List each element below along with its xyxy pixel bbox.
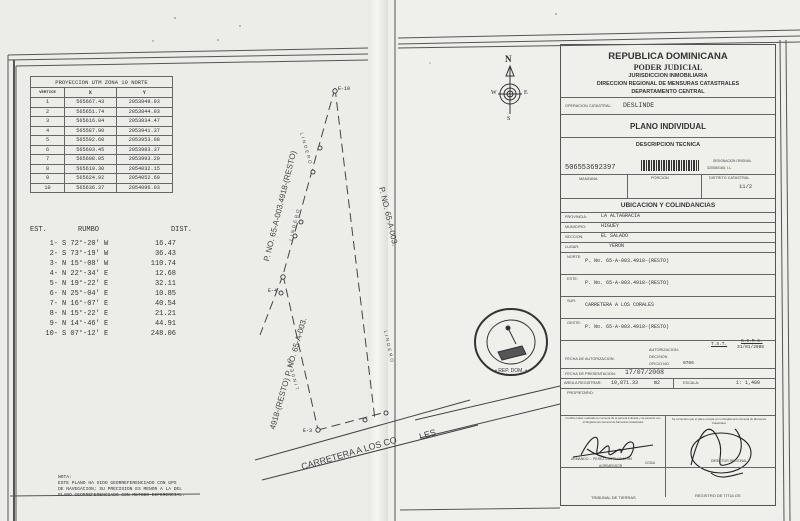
compass-w: W — [491, 90, 497, 96]
tribunal-label: TRIBUNAL DE TIERRAS — [591, 495, 636, 500]
director-title: DIRECTOR REGIONAL — [711, 459, 747, 463]
vertex-label-e4: E-4 — [268, 288, 277, 294]
title-block-form: REPUBLICA DOMINICANA PODER JUDICIAL JURI… — [560, 44, 776, 506]
boundary-west-lower — [283, 275, 318, 430]
north-arrow-compass: N W E S — [490, 54, 530, 124]
compass-s: S — [507, 116, 510, 122]
registro-label: REGISTRO DE TITULOS — [695, 493, 741, 498]
boundary-south — [318, 412, 386, 430]
svg-text:• REP. DOM. •: • REP. DOM. • — [495, 368, 527, 374]
surveyor-codia: CODIA — [645, 461, 655, 465]
surveyor-name: ARMANDO ... PEREZ CASTILLO 19789 — [571, 457, 632, 461]
boundary-east — [335, 88, 375, 420]
vertex-label-e3: E-3 — [303, 428, 312, 434]
signatures — [561, 45, 775, 505]
compass-e: E — [524, 90, 528, 96]
compass-n: N — [505, 54, 512, 64]
road-edge-south — [262, 425, 478, 480]
vertex-label-e10: E-10 — [338, 86, 350, 92]
official-seal: • REP. DOM. • DIRECCION REGIONAL DE MENS… — [472, 306, 550, 378]
